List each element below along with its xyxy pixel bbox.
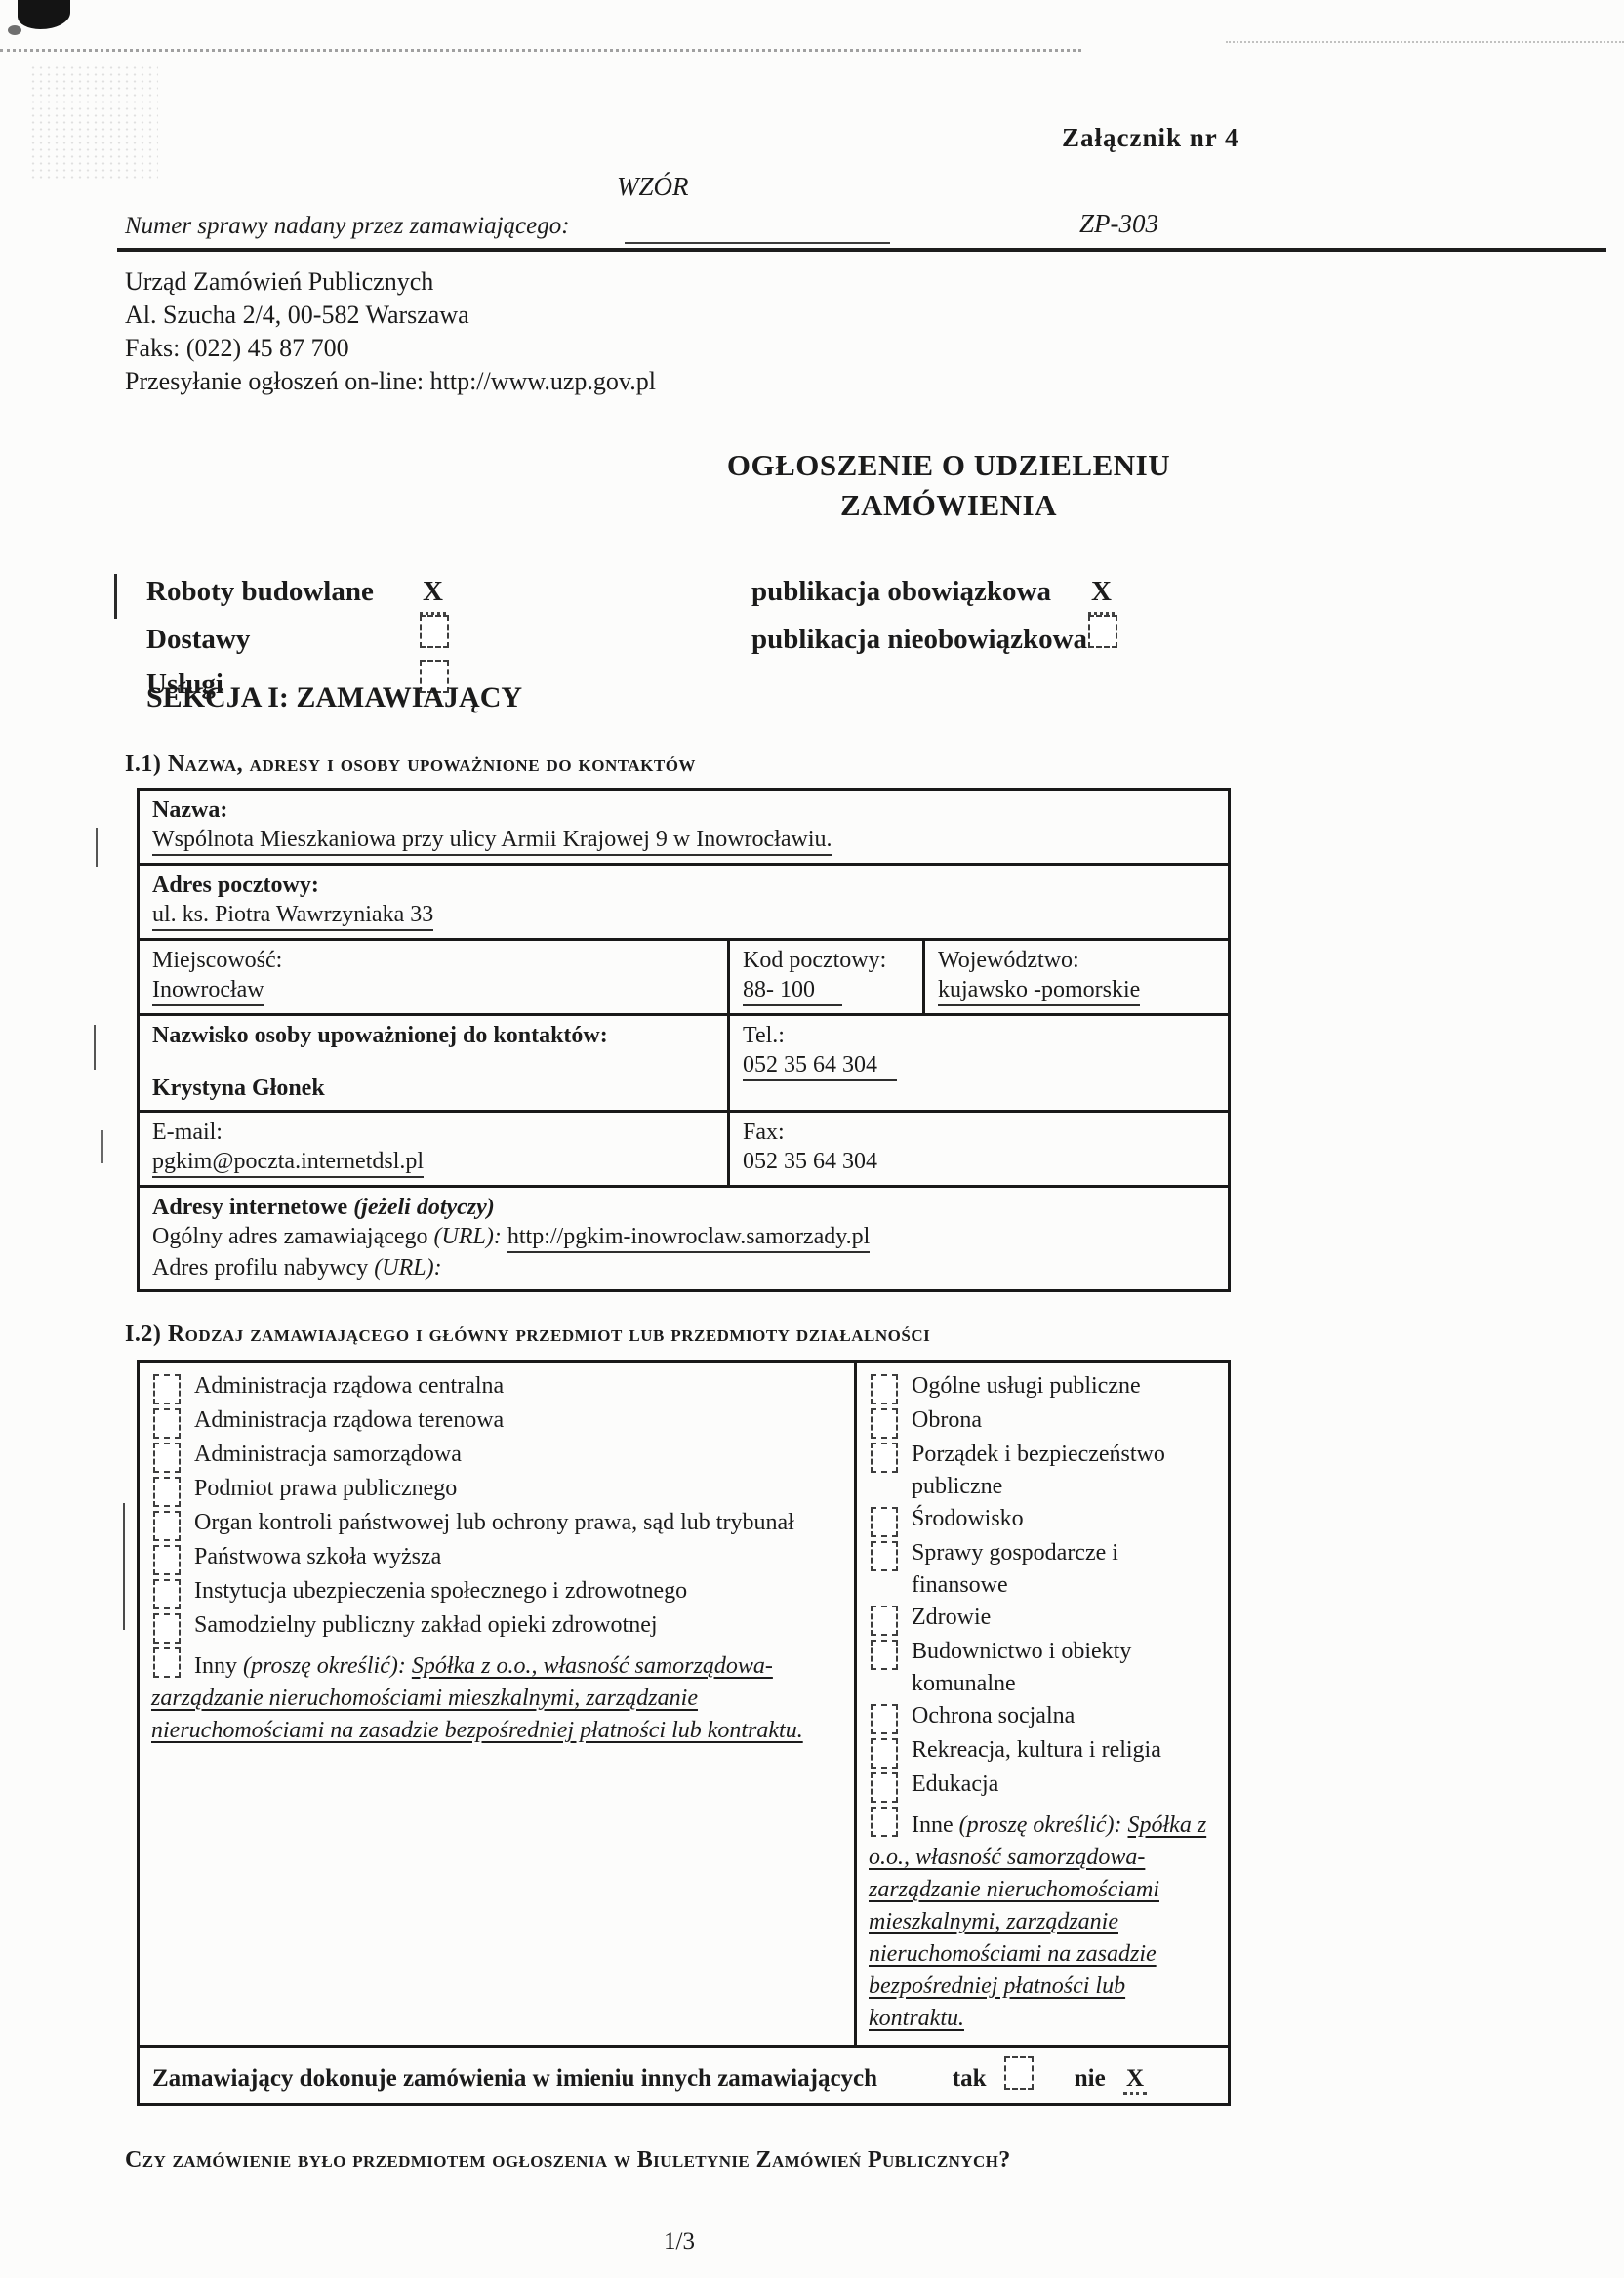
table-row: Miejscowość: Inowrocław Kod pocztowy: 88… <box>139 940 1230 1015</box>
behalf-label: Zamawiający dokonuje zamówienia w imieni… <box>152 2062 877 2095</box>
other-value: Spółka z o.o., własność samorządowa- zar… <box>869 1812 1206 2031</box>
table-row: Adres pocztowy: ul. ks. Piotra Wawrzynia… <box>139 865 1230 940</box>
publication-group: publikacja obowiązkowa X publikacja nieo… <box>751 572 1117 660</box>
checkbox-empty-icon <box>153 1374 181 1404</box>
checkbox-item: Samodzielny publiczny zakład opieki zdro… <box>151 1609 844 1644</box>
checkbox-item: Instytucja ubezpieczenia społecznego i z… <box>151 1575 844 1609</box>
case-number-blank <box>625 242 890 244</box>
table-row: Zamawiający dokonuje zamówienia w imieni… <box>139 2047 1230 2105</box>
checkbox-empty-icon <box>153 1579 181 1609</box>
checkbox-item: Budownictwo i obiekty komunalne <box>869 1636 1218 1700</box>
i2-table: Administracja rządowa centralna Administ… <box>137 1360 1231 2106</box>
checkbox-empty-icon <box>420 615 449 648</box>
scanned-form-page: Załącznik nr 4 WZÓR Numer sprawy nadany … <box>0 0 1624 2278</box>
form-body: I.1) Nazwa, adresy i osoby upoważnione d… <box>125 752 1234 2256</box>
checkbox-label: Sprawy gospodarcze i finansowe <box>912 1537 1218 1602</box>
x-mark: X <box>1088 572 1115 615</box>
checkbox-label: Ogólne usługi publiczne <box>912 1370 1218 1403</box>
table-row: E-mail: pgkim@poczta.internetdsl.pl Fax:… <box>139 1112 1230 1187</box>
scan-smudge <box>18 0 70 29</box>
issuer-name: Urząd Zamówień Publicznych <box>125 265 656 299</box>
checkbox-empty-icon <box>153 1443 181 1473</box>
table-row: Administracja rządowa centralna Administ… <box>139 1362 1230 2047</box>
margin-mark <box>96 828 98 867</box>
checkbox-label: Środowisko <box>912 1503 1218 1535</box>
field-label: Adres pocztowy: <box>152 871 1215 900</box>
checkbox-item: Porządek i bezpieczeństwo publiczne <box>869 1439 1218 1503</box>
checkbox-label: Instytucja ubezpieczenia społecznego i z… <box>194 1575 844 1607</box>
scan-line-artifact <box>1226 41 1624 43</box>
publication-label: publikacja obowiązkowa <box>751 572 1088 612</box>
page-number: 1/3 <box>125 2228 1234 2256</box>
section-1-heading: SEKCJA I: ZAMAWIAJĄCY <box>146 681 522 714</box>
checkbox-label: Inne <box>912 1812 954 1838</box>
checkbox-label: Rekreacja, kultura i religia <box>912 1734 1218 1767</box>
checkbox-empty-icon <box>153 1545 181 1575</box>
form-code: ZP-303 <box>1079 209 1158 239</box>
wzor-label: WZÓR <box>617 172 689 202</box>
checkbox-item: Podmiot prawa publicznego <box>151 1473 844 1507</box>
field-value: Inowrocław <box>152 975 264 1006</box>
checkbox-label: Budownictwo i obiekty komunalne <box>912 1636 1218 1700</box>
checkbox-item-other: Inny (proszę określić): Spółka z o.o., w… <box>151 1644 844 1747</box>
checkbox-label: Ochrona socjalna <box>912 1700 1218 1732</box>
field-label: Nazwa: <box>152 795 1215 825</box>
x-mark: X <box>1123 2065 1147 2095</box>
order-type-label: Dostawy <box>146 620 420 660</box>
url-value: http://pgkim-inowroclaw.samorzady.pl <box>507 1222 870 1253</box>
checkbox-empty-icon <box>153 1408 181 1439</box>
checkbox-empty-icon <box>871 1640 898 1670</box>
checkbox-label: Porządek i bezpieczeństwo publiczne <box>912 1439 1218 1503</box>
checkbox-empty-icon <box>871 1374 898 1404</box>
checkbox-label: Obrona <box>912 1404 1218 1437</box>
checkbox-label: Państwowa szkoła wyższa <box>194 1541 844 1573</box>
checkbox-empty-icon <box>871 1507 898 1537</box>
header-divider <box>117 248 1606 252</box>
checkbox-item: Obrona <box>869 1404 1218 1439</box>
checkbox-item: Administracja rządowa terenowa <box>151 1404 844 1439</box>
order-type-roboty: Roboty budowlane X <box>146 572 449 615</box>
scan-noise <box>29 64 158 180</box>
field-label: Miejscowość: <box>152 946 714 975</box>
checkbox-label: Administracja samorządowa <box>194 1439 844 1471</box>
checkbox-empty-icon <box>153 1647 181 1678</box>
checkbox-empty-icon <box>871 1541 898 1571</box>
i1-heading: I.1) Nazwa, adresy i osoby upoważnione d… <box>125 752 1234 778</box>
checkbox-label: Zdrowie <box>912 1602 1218 1634</box>
checkbox-label: Administracja rządowa terenowa <box>194 1404 844 1437</box>
margin-mark <box>94 1025 96 1070</box>
checkbox-label: Samodzielny publiczny zakład opieki zdro… <box>194 1609 844 1642</box>
i1-table: Nazwa: Wspólnota Mieszkaniowa przy ulicy… <box>137 788 1231 1292</box>
publication-nonobligatory: publikacja nieobowiązkowa <box>751 615 1117 660</box>
internet-addresses-line: Adresy internetowe (jeżeli dotyczy) <box>152 1193 1215 1222</box>
behalf-yes: tak <box>953 2056 1034 2095</box>
field-label: Tel.: <box>743 1021 1215 1050</box>
table-row: Nazwa: Wspólnota Mieszkaniowa przy ulicy… <box>139 790 1230 865</box>
behalf-no: nie X <box>1075 2062 1147 2095</box>
order-type-dostawy: Dostawy <box>146 615 449 660</box>
publication-obligatory: publikacja obowiązkowa X <box>751 572 1117 615</box>
field-value: Wspólnota Mieszkaniowa przy ulicy Armii … <box>152 825 832 856</box>
document-title: OGŁOSZENIE O UDZIELENIU ZAMÓWIENIA <box>646 445 1251 525</box>
case-number-label: Numer sprawy nadany przez zamawiającego: <box>125 213 570 240</box>
margin-mark <box>101 1130 103 1163</box>
checkbox-label: Podmiot prawa publicznego <box>194 1473 844 1505</box>
checkbox-item: Organ kontroli państwowej lub ochrony pr… <box>151 1507 844 1541</box>
field-value: Krystyna Głonek <box>152 1074 714 1103</box>
checkbox-empty-icon <box>871 1443 898 1473</box>
checkbox-item: Rekreacja, kultura i religia <box>869 1734 1218 1769</box>
field-value: pgkim@poczta.internetdsl.pl <box>152 1147 424 1178</box>
buyer-profile-line: Adres profilu nabywcy (URL): <box>152 1253 1215 1282</box>
other-note: (proszę określić): <box>959 1812 1122 1838</box>
checkbox-label: Administracja rządowa centralna <box>194 1370 844 1403</box>
attachment-label: Załącznik nr 4 <box>1062 123 1239 153</box>
other-note: (proszę określić): <box>243 1653 406 1679</box>
checkbox-item: Ogólne usługi publiczne <box>869 1370 1218 1404</box>
checkbox-label: Organ kontroli państwowej lub ochrony pr… <box>194 1507 844 1539</box>
field-label: Nazwisko osoby upoważnionej do kontaktów… <box>152 1021 714 1050</box>
issuer-address: Urząd Zamówień Publicznych Al. Szucha 2/… <box>125 265 656 398</box>
activity-cell: Ogólne usługi publiczne Obrona Porządek … <box>856 1362 1230 2047</box>
field-label: Kod pocztowy: <box>743 946 910 975</box>
checkbox-empty-icon <box>153 1613 181 1644</box>
document-title-line2: ZAMÓWIENIA <box>646 485 1251 525</box>
document-title-line1: OGŁOSZENIE O UDZIELENIU <box>646 445 1251 485</box>
checkbox-item: Administracja samorządowa <box>151 1439 844 1473</box>
checkbox-empty-icon <box>871 1738 898 1769</box>
field-value: ul. ks. Piotra Wawrzyniaka 33 <box>152 900 433 931</box>
scan-line-artifact <box>0 49 1081 52</box>
table-row: Adresy internetowe (jeżeli dotyczy) Ogól… <box>139 1187 1230 1291</box>
field-value: 88- 100 <box>743 975 842 1006</box>
checkbox-label: Inny <box>194 1653 237 1679</box>
publication-label: publikacja nieobowiązkowa <box>751 620 1088 660</box>
i2-heading: I.2) Rodzaj zamawiającego i główny przed… <box>125 1322 1234 1348</box>
field-label: Województwo: <box>938 946 1215 975</box>
contracting-type-cell: Administracja rządowa centralna Administ… <box>139 1362 856 2047</box>
checkbox-item-other: Inne (proszę określić): Spółka z o.o., w… <box>869 1803 1218 2035</box>
checkbox-item: Państwowa szkoła wyższa <box>151 1541 844 1575</box>
checkbox-item: Administracja rządowa centralna <box>151 1370 844 1404</box>
checkbox-label: Edukacja <box>912 1769 1218 1801</box>
checkbox-item: Zdrowie <box>869 1602 1218 1636</box>
field-value: 052 35 64 304 <box>743 1149 877 1174</box>
checkbox-item: Edukacja <box>869 1769 1218 1803</box>
checkbox-empty-icon <box>871 1704 898 1734</box>
checkbox-empty-icon <box>153 1511 181 1541</box>
field-label: Fax: <box>743 1118 1215 1147</box>
field-value: kujawsko -pomorskie <box>938 975 1140 1006</box>
x-mark: X <box>420 572 446 615</box>
issuer-online: Przesyłanie ogłoszeń on-line: http://www… <box>125 365 656 398</box>
checkbox-empty-icon <box>1088 615 1117 648</box>
checkbox-item: Środowisko <box>869 1503 1218 1537</box>
checkbox-empty-icon <box>871 1408 898 1439</box>
field-value: 052 35 64 304 <box>743 1050 897 1081</box>
checkbox-item: Sprawy gospodarcze i finansowe <box>869 1537 1218 1602</box>
table-row: Nazwisko osoby upoważnionej do kontaktów… <box>139 1015 1230 1112</box>
issuer-street: Al. Szucha 2/4, 00-582 Warszawa <box>125 299 656 332</box>
issuer-fax: Faks: (022) 45 87 700 <box>125 332 656 365</box>
checkbox-empty-icon <box>871 1807 898 1837</box>
scan-smudge <box>8 25 21 35</box>
margin-mark <box>114 574 117 619</box>
checkbox-empty-icon <box>871 1606 898 1636</box>
checkbox-empty-icon <box>153 1477 181 1507</box>
checkbox-item: Ochrona socjalna <box>869 1700 1218 1734</box>
checkbox-empty-icon <box>871 1772 898 1803</box>
general-url-line: Ogólny adres zamawiającego (URL): http:/… <box>152 1222 1215 1253</box>
behalf-row: Zamawiający dokonuje zamówienia w imieni… <box>140 2048 1228 2103</box>
checkbox-empty-icon <box>1004 2056 1034 2090</box>
order-type-label: Roboty budowlane <box>146 572 420 612</box>
field-label: E-mail: <box>152 1118 714 1147</box>
bulletin-question: Czy zamówienie było przedmiotem ogłoszen… <box>125 2147 1234 2174</box>
